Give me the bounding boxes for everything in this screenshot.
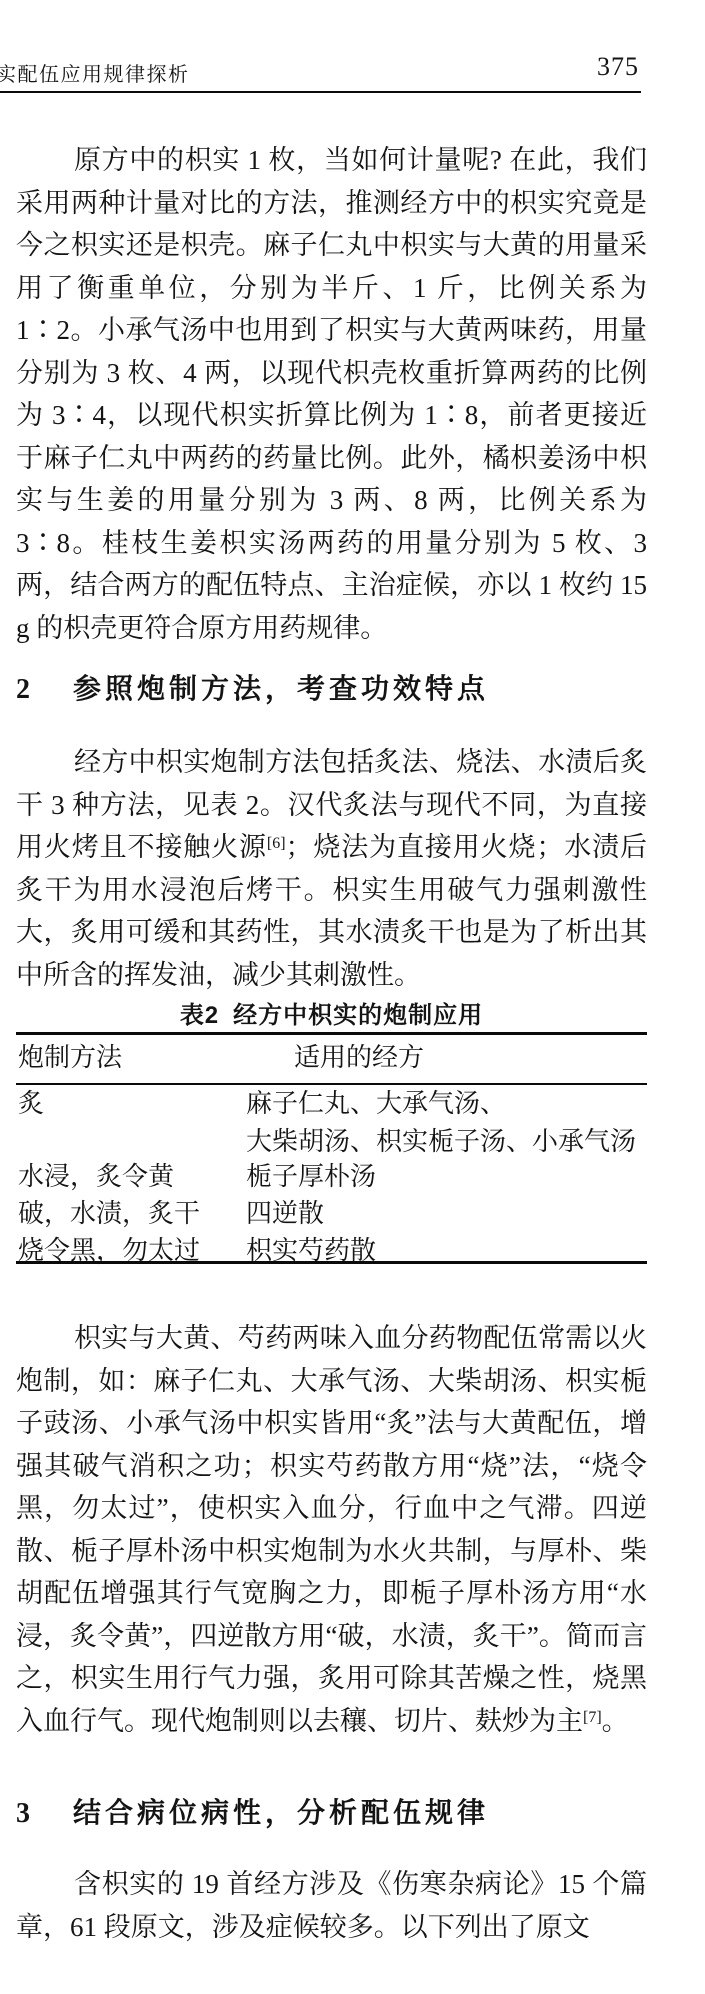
paragraph-processing-methods: 经方中枳实炮制方法包括炙法、烧法、水渍后炙干 3 种方法，见表 2。汉代炙法与现… [16,741,647,996]
table-row-3-formulas: 四逆散 [246,1199,324,1229]
table-row-3-method: 破，水渍，炙干 [18,1199,200,1229]
table-2-caption: 表2经方中枳实的炮制应用 [16,995,647,1030]
table-2-caption-text: 经方中枳实的炮制应用 [233,1002,483,1029]
table-row-1-formulas-line-2: 大柴胡汤、枳实栀子汤、小承气汤 [246,1127,636,1157]
table-row-1-formulas-line-1: 麻子仁丸、大承气汤、 [246,1089,506,1119]
paragraph-text: 。 [602,1706,629,1736]
footnote-ref-6: [6] [267,835,286,852]
section-2-title: 参照炮制方法，考查功效特点 [73,672,489,708]
page-number: 375 [597,52,639,82]
table-col1-header: 炮制方法 [18,1043,122,1073]
paragraph-compatibility-discussion: 枳实与大黄、芍药两味入血分药物配伍常需以火炮制，如：麻子仁丸、大承气汤、大柴胡汤… [16,1317,647,1742]
section-3-number: 3 [16,1796,30,1832]
table-2-caption-label: 表2 [180,1002,219,1029]
table-row-1-method: 炙 [18,1089,44,1119]
paragraph-dosage-comparison: 原方中的枳实 1 枚，当如何计量呢? 在此，我们采用两种计量对比的方法，推测经方… [16,139,647,649]
footnote-ref-7: [7] [583,1709,602,1726]
table-rule-top [16,1032,647,1035]
section-3-title: 结合病位病性，分析配伍规律 [73,1796,489,1832]
section-2-heading: 2 参照炮制方法，考查功效特点 [16,672,489,708]
paragraph-scope-of-formulas: 含枳实的 19 首经方涉及《伤寒杂病论》15 个篇章，61 段原文，涉及症候较多… [16,1863,647,1948]
table-row-2-formulas: 栀子厚朴汤 [246,1162,376,1192]
running-header-title: 实配伍应用规律探析 [0,58,190,87]
paragraph-text: 枳实与大黄、芍药两味入血分药物配伍常需以火炮制，如：麻子仁丸、大承气汤、大柴胡汤… [16,1323,647,1736]
section-3-heading: 3 结合病位病性，分析配伍规律 [16,1796,489,1832]
table-rule-bottom [16,1261,647,1264]
header-rule [0,91,641,93]
table-row-2-method: 水浸，炙令黄 [18,1162,174,1192]
section-2-number: 2 [16,672,30,708]
table-col2-header: 适用的经方 [294,1043,424,1073]
table-rule-mid [16,1083,647,1085]
table-2-processing-applications: 炮制方法 适用的经方 炙 麻子仁丸、大承气汤、 大柴胡汤、枳实栀子汤、小承气汤 … [16,1032,647,1264]
scanned-paper-page: 实配伍应用规律探析 375 原方中的枳实 1 枚，当如何计量呢? 在此，我们采用… [0,0,705,1994]
